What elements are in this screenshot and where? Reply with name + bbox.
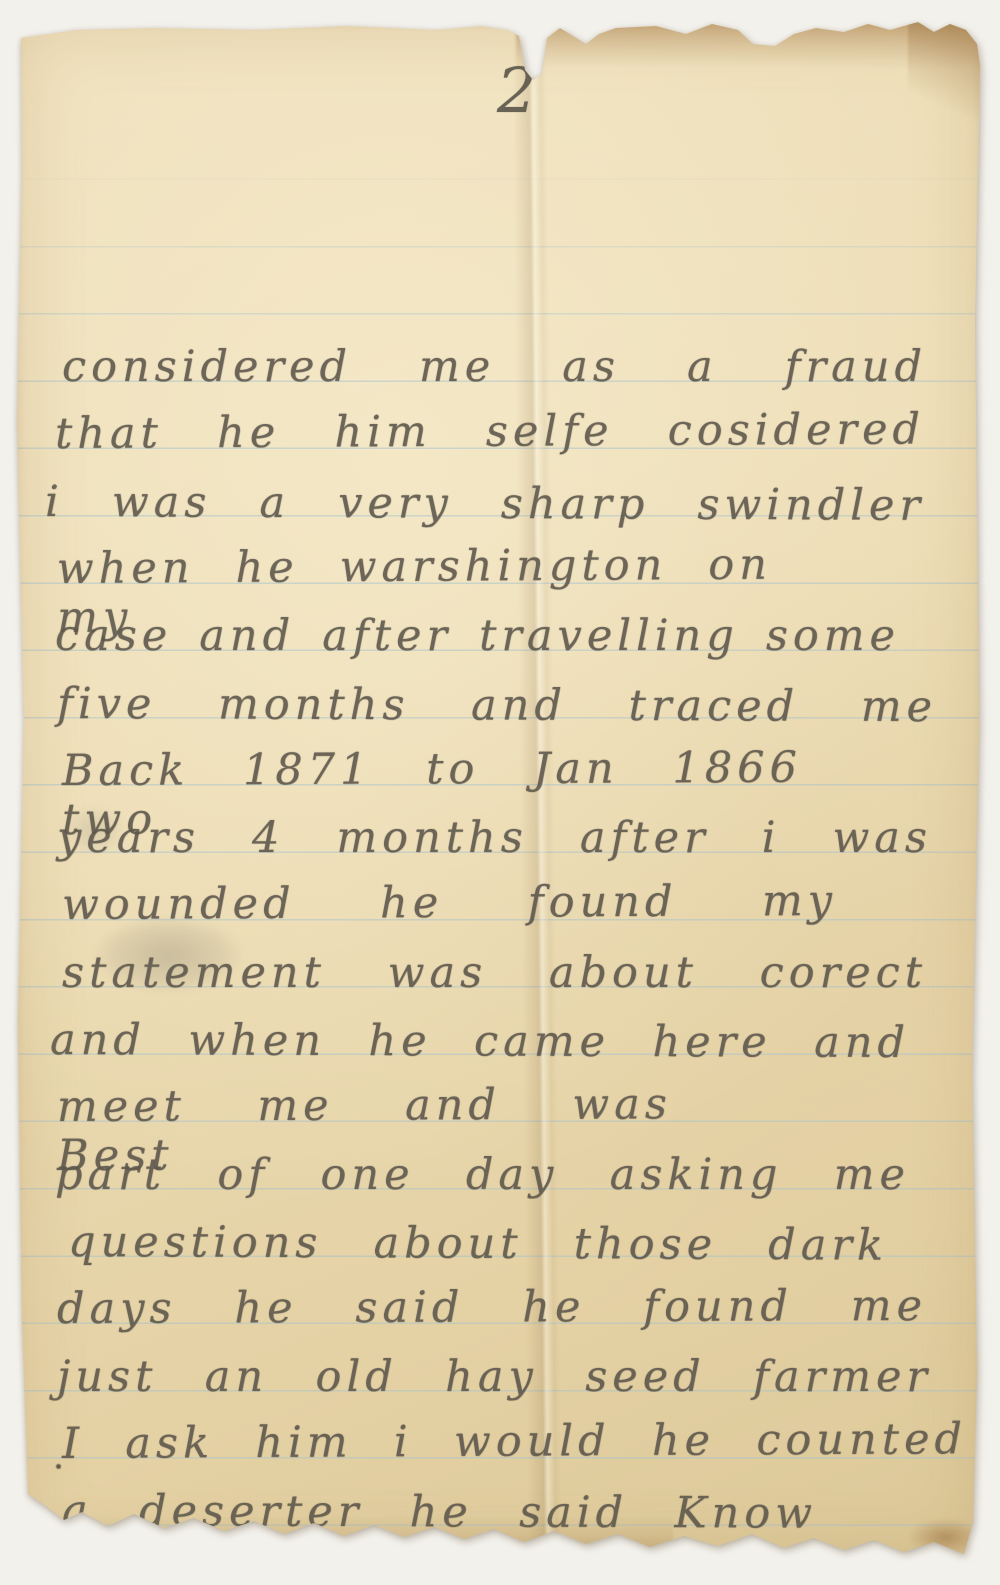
top-right-corner-stain bbox=[908, 22, 982, 132]
scanned-letter-photo: 2 considered me as a fraud that he him s… bbox=[0, 0, 1000, 1585]
handwritten-line: I ask him i would he counted bbox=[62, 1415, 967, 1469]
handwritten-line: a deserter he said Know bbox=[62, 1487, 817, 1539]
handwritten-line: days he said he found me bbox=[57, 1282, 927, 1334]
handwritten-line: years 4 months after i was bbox=[57, 814, 932, 863]
ink-speck bbox=[56, 1464, 61, 1469]
handwritten-line: that he him selfe cosidered bbox=[55, 405, 925, 459]
paper-shadow: 2 considered me as a fraud that he him s… bbox=[16, 22, 982, 1560]
handwritten-line: just an old hay seed farmer bbox=[57, 1353, 932, 1402]
letter-page: 2 considered me as a fraud that he him s… bbox=[16, 22, 982, 1560]
handwritten-line: case and after travelling some bbox=[55, 612, 900, 661]
handwritten-line: questions about those dark bbox=[68, 1218, 888, 1271]
handwritten-line: wounded he found my bbox=[62, 877, 837, 930]
handwritten-line: considered me as a fraud bbox=[62, 343, 927, 392]
bottom-right-corner-stain bbox=[867, 1471, 982, 1556]
page-number: 2 bbox=[497, 60, 536, 122]
handwritten-line: i was a very sharp swindler bbox=[45, 478, 925, 531]
handwritten-line: statement was about corect bbox=[62, 949, 927, 998]
handwritten-line: part of one day asking me bbox=[55, 1151, 910, 1200]
handwritten-line: five months and traced me bbox=[57, 680, 937, 733]
handwritten-line: and when he came here and bbox=[50, 1016, 910, 1068]
